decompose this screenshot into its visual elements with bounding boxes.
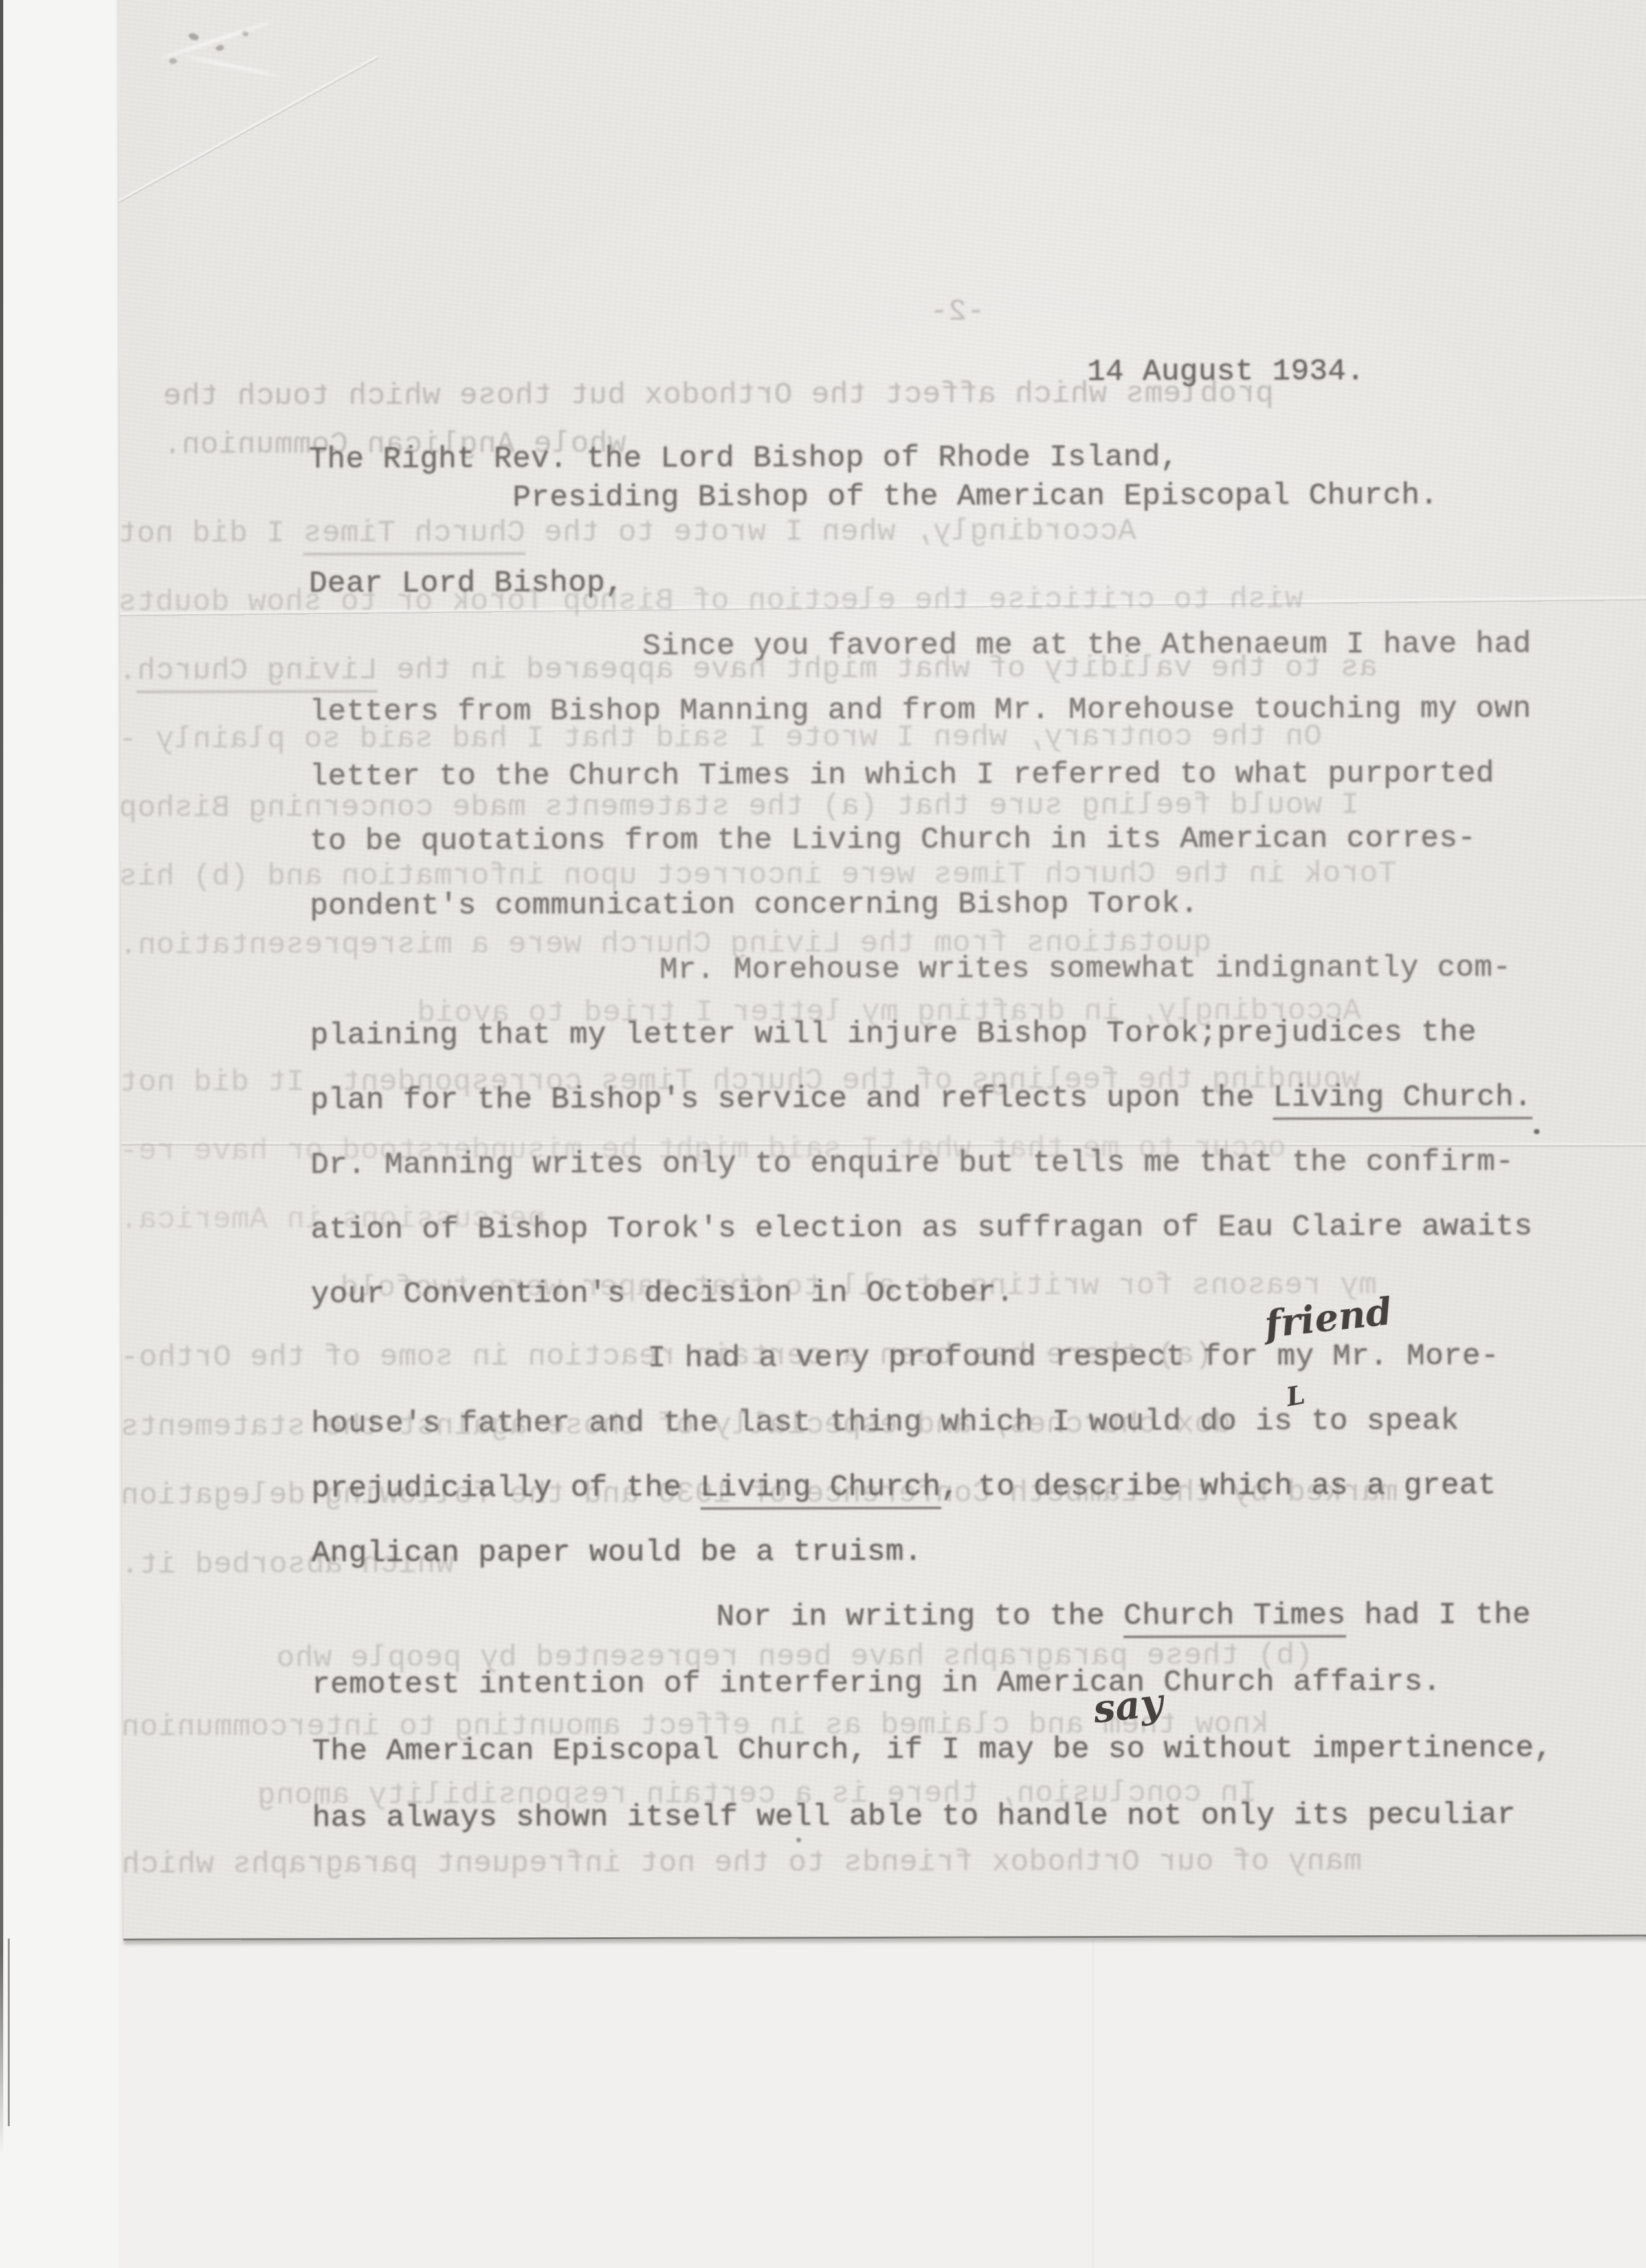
scan-edge-line bbox=[0, 0, 3, 2268]
scan-background: -2-problems which affect the Orthodox bu… bbox=[0, 0, 1646, 2268]
text-segment: say bbox=[1091, 1680, 1164, 1732]
handwritten-caret: L bbox=[1284, 1382, 1307, 1410]
background-fold-line bbox=[1093, 1939, 1094, 2268]
background-sheet-edge bbox=[8, 1939, 10, 2126]
scanner-left-strip bbox=[0, 0, 118, 2268]
handwriting-layer: friendLsay bbox=[118, 0, 1646, 1939]
handwritten-friend: friend bbox=[1263, 1293, 1394, 1344]
text-segment: L bbox=[1284, 1379, 1307, 1412]
text-segment: friend bbox=[1262, 1289, 1394, 1347]
handwritten-say: say bbox=[1091, 1683, 1164, 1729]
paper-sheet: -2-problems which affect the Orthodox bu… bbox=[118, 0, 1646, 1940]
